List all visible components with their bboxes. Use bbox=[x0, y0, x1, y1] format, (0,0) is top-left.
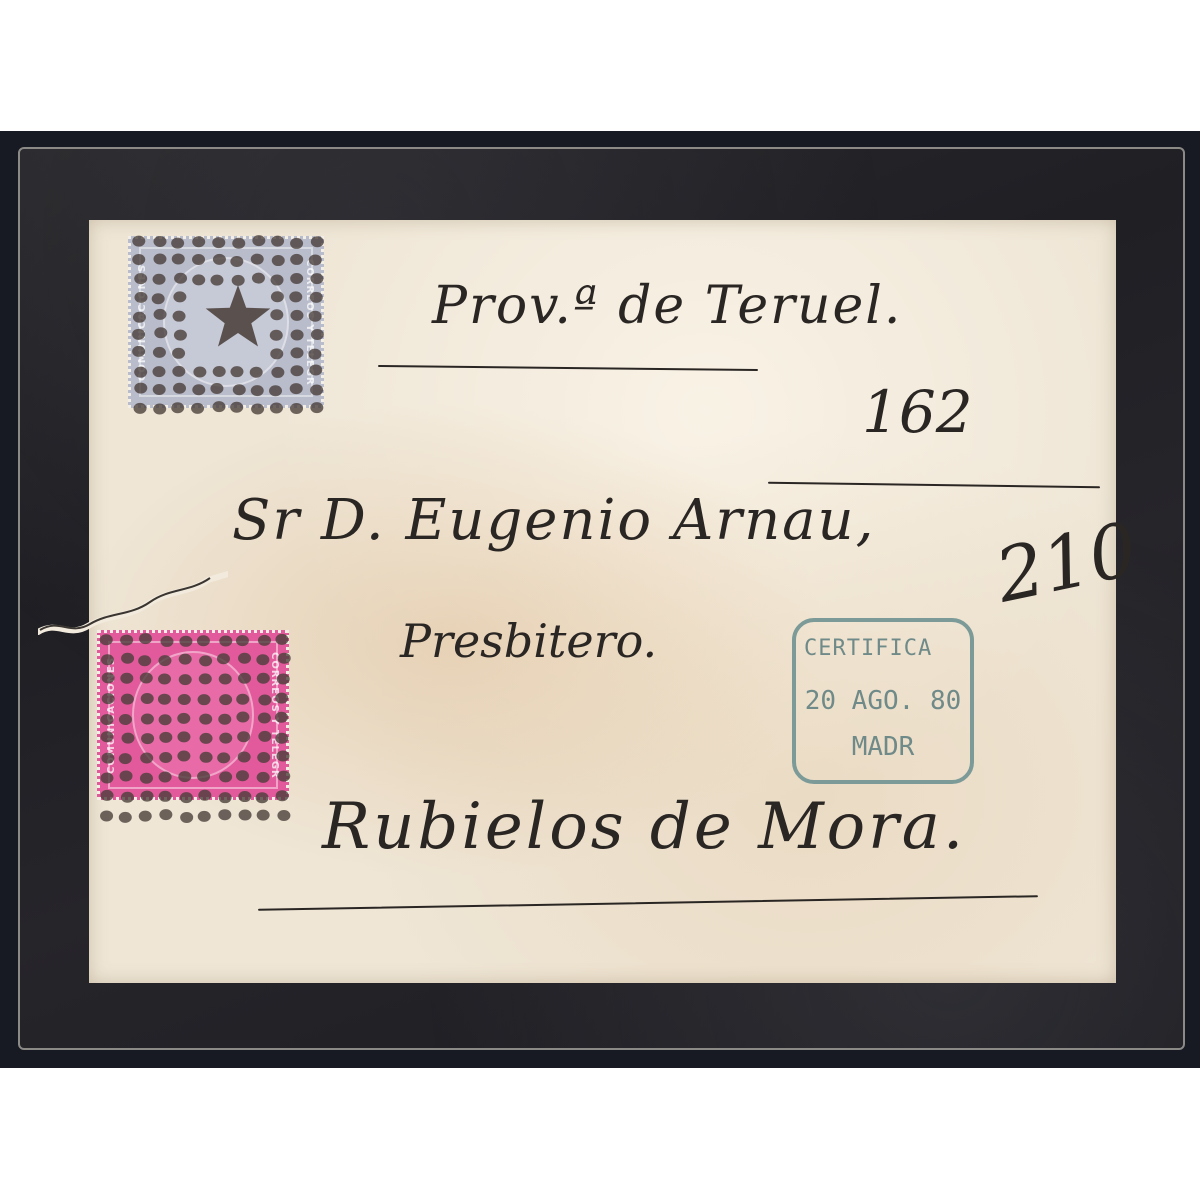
stamp-gray: COMUNICACIONES CORREOS Y TELEGR bbox=[128, 236, 324, 408]
postmark-label: CERTIFICA bbox=[796, 636, 970, 661]
postmark-city: MADR bbox=[796, 732, 970, 762]
reference-number: 162 bbox=[862, 378, 973, 446]
stamp-side-text-left: COMUNICACIONES bbox=[106, 643, 128, 787]
stamp-portrait-oval bbox=[163, 257, 289, 387]
stamp-portrait-oval bbox=[132, 651, 254, 779]
province-line: Prov.ª de Teruel. bbox=[432, 276, 902, 336]
title-line: Presbitero. bbox=[400, 614, 657, 668]
stamp-side-text-right: CORREOS Y TELEGR bbox=[293, 249, 315, 395]
stamp-side-text-right: CORREOS Y TELEGR bbox=[258, 643, 280, 787]
stamp-rose: COMUNICACIONES CORREOS Y TELEGR bbox=[97, 630, 289, 800]
stamp-side-text-left: COMUNICACIONES bbox=[137, 249, 159, 395]
postmark-date: 20 AGO. 80 bbox=[796, 686, 970, 716]
town-line: Rubielos de Mora. bbox=[322, 790, 966, 864]
registered-postmark: CERTIFICA 20 AGO. 80 MADR bbox=[792, 618, 974, 784]
paper-tear bbox=[38, 560, 228, 640]
addressee-line: Sr D. Eugenio Arnau, bbox=[232, 488, 875, 553]
